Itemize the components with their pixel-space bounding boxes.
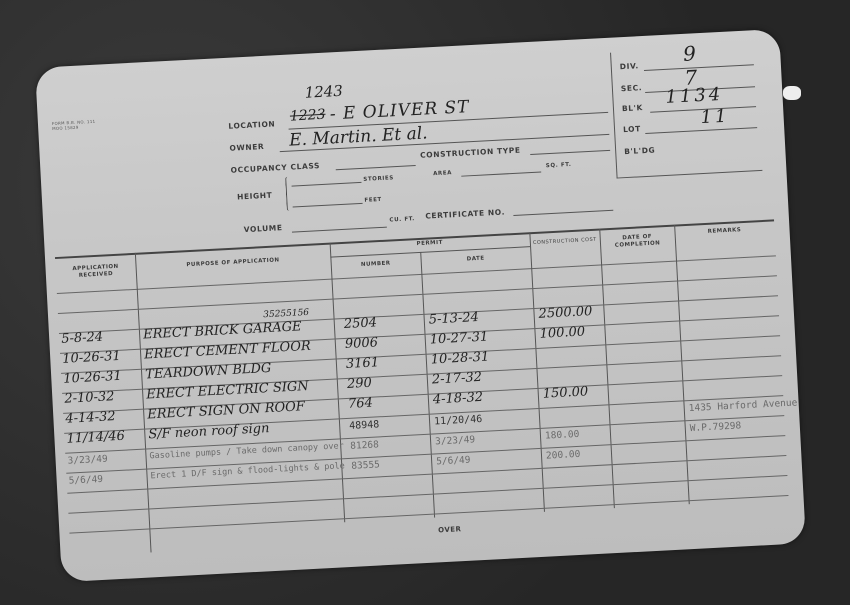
owner-label: OWNER: [229, 142, 264, 153]
cell-purpose: ERECT BRICK GARAGE: [143, 319, 302, 342]
header-permit-date: DATE: [421, 253, 531, 266]
location-struck-number: 1223: [290, 107, 326, 125]
cell-received: 11/14/46: [66, 429, 125, 447]
cell-date: 3/23/49: [435, 434, 476, 447]
location-number: 1243: [304, 82, 343, 102]
cell-cost: 180.00: [545, 429, 580, 442]
cell-date: 10-28-31: [430, 349, 489, 367]
area-label: AREA: [433, 170, 452, 177]
cell-received: 5-8-24: [61, 330, 104, 347]
cell-cost: 100.00: [539, 324, 585, 341]
bldg-label: B'L'DG: [624, 146, 656, 157]
cell-purpose: ERECT SIGN ON ROOF: [147, 399, 305, 422]
cell-date: 5-13-24: [428, 310, 479, 328]
lot-value: 11: [700, 106, 730, 128]
occupancy-class-label: OCCUPANCY CLASS: [230, 161, 320, 175]
cell-date: 10-27-31: [429, 330, 488, 348]
cell-received: 10-26-31: [63, 369, 122, 387]
cell-cost: 200.00: [546, 449, 581, 462]
blk-label: BL'K: [622, 103, 643, 113]
cell-remarks: W.P.79298: [690, 420, 742, 434]
cell-date: 5/6/49: [436, 455, 471, 468]
cell-purpose: S/F neon roof sign: [148, 421, 270, 442]
certificate-no-label: CERTIFICATE NO.: [425, 207, 505, 220]
header-date-of-completion: DATE OF COMPLETION: [600, 233, 676, 251]
cell-number: 83555: [351, 459, 380, 471]
header-purpose: PURPOSE OF APPLICATION: [135, 255, 330, 272]
cell-purpose: ERECT CEMENT FLOOR: [144, 339, 311, 363]
header-remarks: REMARKS: [674, 225, 774, 237]
cell-received: 2-10-32: [64, 389, 115, 407]
cell-number: 290: [347, 376, 373, 392]
cell-cost: 150.00: [542, 384, 588, 401]
construction-type-label: CONSTRUCTION TYPE: [420, 146, 521, 160]
cell-number: 48948: [349, 419, 380, 432]
cell-date: 11/20/46: [434, 414, 483, 428]
header-construction-cost: CONSTRUCTION COST: [530, 237, 600, 248]
location-label: LOCATION: [228, 119, 275, 130]
cell-purpose: ERECT ELECTRIC SIGN: [146, 379, 309, 402]
cell-number: 3161: [346, 355, 380, 372]
cell-number: 81268: [350, 439, 379, 451]
permit-table: APPLICATION RECEIVED PURPOSE OF APPLICAT…: [55, 219, 790, 556]
dust-speck: [783, 86, 801, 100]
header-permit-number: NUMBER: [331, 259, 421, 271]
form-identifier: FORM B.B. NO. 111 MOO 15829: [52, 119, 96, 131]
footer-over: OVER: [400, 524, 500, 536]
cell-received: 3/23/49: [67, 454, 108, 467]
cell-cost: 2500.00: [538, 304, 592, 322]
cell-number: 764: [348, 396, 374, 412]
volume-label: VOLUME: [244, 223, 283, 234]
cell-date: 2-17-32: [432, 370, 483, 388]
sq-ft-label: SQ. FT.: [546, 162, 572, 169]
cell-received: 5/6/49: [68, 474, 103, 487]
cell-purpose: TEARDOWN BLDG: [145, 361, 272, 383]
cu-ft-label: CU. FT.: [389, 216, 415, 223]
building-permit-card: FORM B.B. NO. 111 MOO 15829 LOCATION 124…: [35, 29, 806, 582]
height-label: HEIGHT: [237, 191, 273, 202]
cell-received: 10-26-31: [62, 349, 121, 367]
row-annotation: 35255156: [263, 308, 309, 320]
cell-number: 2504: [343, 315, 377, 332]
cell-received: 4-14-32: [65, 409, 116, 427]
cell-number: 9006: [345, 335, 379, 352]
sec-label: SEC.: [621, 83, 643, 93]
feet-label: FEET: [364, 197, 382, 204]
form-id-line2: MOO 15829: [52, 124, 96, 131]
div-value: 9: [683, 41, 697, 66]
row-rule: [68, 475, 787, 514]
cell-date: 4-18-32: [433, 390, 484, 408]
row-rule: [58, 275, 777, 314]
lot-label: LOT: [623, 124, 641, 134]
stories-label: STORIES: [363, 175, 394, 183]
header-application-received: APPLICATION RECEIVED: [55, 263, 136, 281]
blk-value: 1134: [665, 84, 724, 108]
div-label: DIV.: [620, 61, 640, 71]
